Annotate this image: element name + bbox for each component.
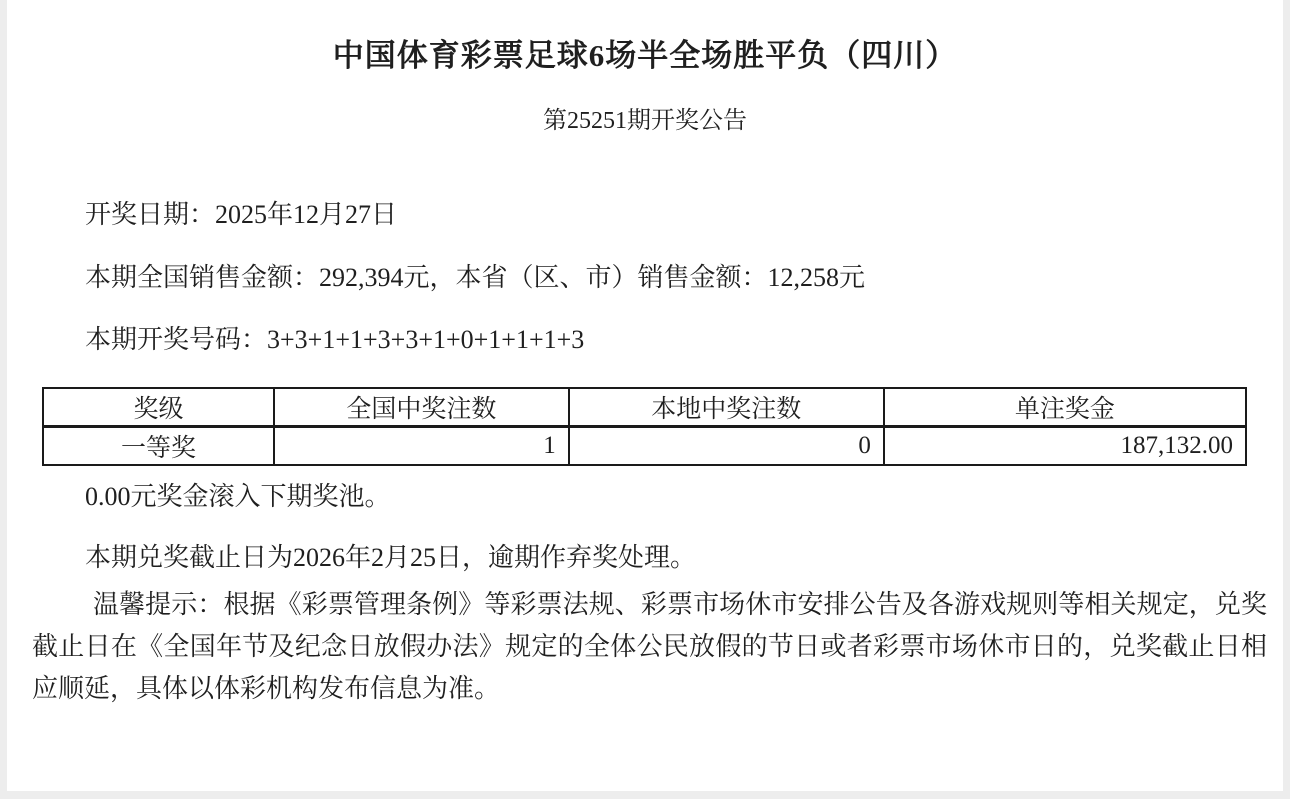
draw-numbers-line: 本期开奖号码：3+3+1+1+3+3+1+0+1+1+1+3 [85, 319, 584, 356]
prize-table-row: 一等奖 1 0 187,132.00 [43, 427, 1246, 466]
draw-date-line: 开奖日期：2025年12月27日 [85, 194, 397, 231]
reminder-paragraph: 温馨提示：根据《彩票管理条例》等彩票法规、彩票市场休市安排公告及各游戏规则等相关… [32, 584, 1267, 710]
page-title: 中国体育彩票足球6场半全场胜平负（四川） [7, 30, 1283, 75]
header-local-winning-bets: 本地中奖注数 [569, 388, 884, 427]
cell-prize-per-bet: 187,132.00 [884, 427, 1246, 466]
cell-local-winning-bets: 0 [569, 427, 884, 466]
cell-prize-level: 一等奖 [43, 427, 274, 466]
header-prize-level: 奖级 [43, 388, 274, 427]
prize-table-header-row: 奖级 全国中奖注数 本地中奖注数 单注奖金 [43, 388, 1246, 427]
sales-amount-line: 本期全国销售金额：292,394元，本省（区、市）销售金额：12,258元 [85, 257, 865, 294]
redeem-deadline-note: 本期兑奖截止日为2026年2月25日，逾期作弃奖处理。 [85, 537, 696, 574]
cell-national-winning-bets: 1 [274, 427, 569, 466]
rollover-note: 0.00元奖金滚入下期奖池。 [85, 476, 391, 513]
header-prize-per-bet: 单注奖金 [884, 388, 1246, 427]
header-national-winning-bets: 全国中奖注数 [274, 388, 569, 427]
prize-table: 奖级 全国中奖注数 本地中奖注数 单注奖金 一等奖 1 0 187,132.00 [42, 387, 1247, 466]
announcement-document: 中国体育彩票足球6场半全场胜平负（四川） 第25251期开奖公告 开奖日期：20… [7, 0, 1283, 791]
issue-subtitle: 第25251期开奖公告 [7, 100, 1283, 135]
